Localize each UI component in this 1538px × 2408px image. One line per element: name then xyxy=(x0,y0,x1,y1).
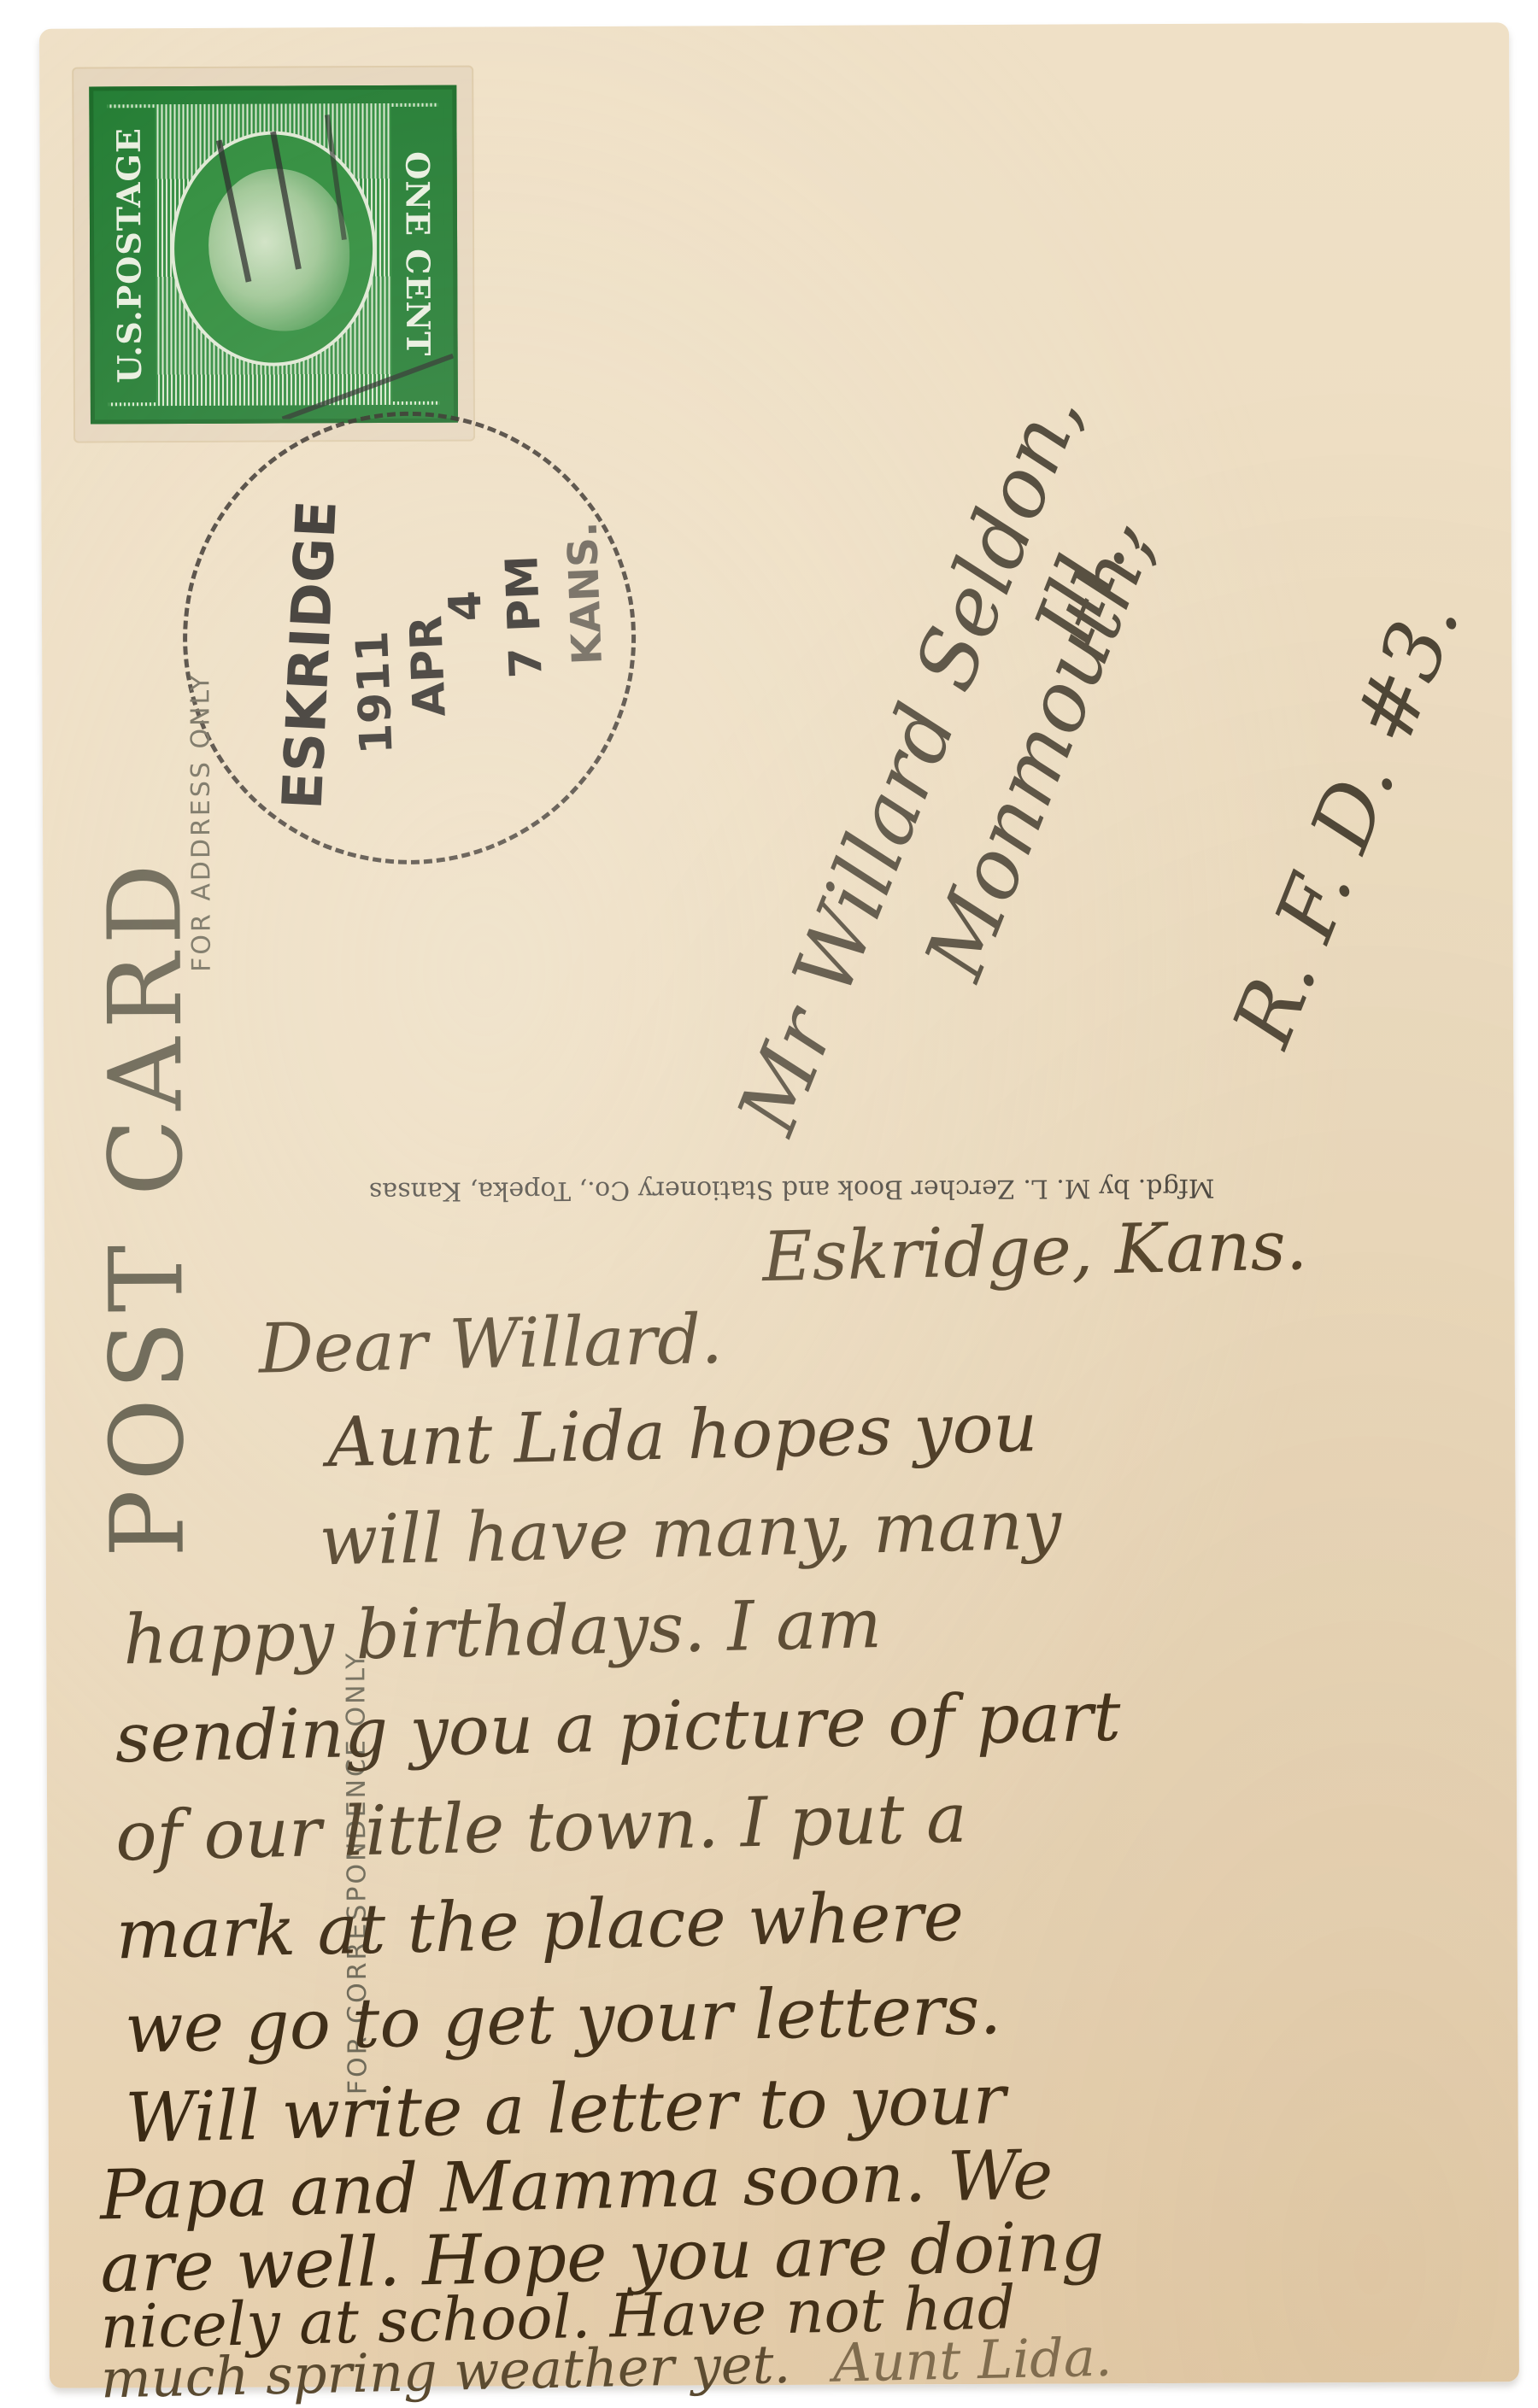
message-line: we go to get your letters. xyxy=(124,1970,1002,2068)
postcard: U.S.POSTAGE ONE CENT ESKRIDGE 1911 APR 4 xyxy=(39,22,1519,2387)
postmark-year: 1911 xyxy=(347,630,403,755)
message-line: Aunt Lida hopes you xyxy=(326,1387,1038,1482)
postmark-circle: ESKRIDGE 1911 APR 4 7 PM KANS. xyxy=(140,369,678,907)
message-line-text: Aunt Lida hopes you xyxy=(326,1387,1038,1482)
message-line-text: sending you a picture of part xyxy=(114,1677,1122,1778)
message-line: happy birthdays. I am xyxy=(122,1584,882,1679)
message-signature: Aunt Lida. xyxy=(832,2326,1112,2394)
message-line-text: of our little town. I put a xyxy=(114,1778,967,1877)
printer-imprint-text: Mfgd. by M. L. Zercher Book and Statione… xyxy=(369,1173,1215,1206)
postmark-month: APR xyxy=(401,614,456,718)
postmark-state: KANS. xyxy=(559,521,613,665)
address-rfd-text: R. F. D. #3. xyxy=(1214,585,1478,1059)
message-line: mark at the place where xyxy=(115,1877,965,1975)
message-salutation: Dear Willard. xyxy=(258,1299,724,1389)
message-line: sending you a picture of part xyxy=(114,1677,1122,1778)
message-line-text: will have many, many xyxy=(319,1485,1062,1580)
for-address-only-text: FOR ADDRESS ONLY xyxy=(185,672,217,972)
message-line: will have many, many xyxy=(319,1485,1062,1580)
message-line: of our little town. I put a xyxy=(114,1778,967,1877)
message-line-text: happy birthdays. I am xyxy=(122,1584,882,1679)
message-place-text: Eskridge, Kans. xyxy=(761,1205,1308,1297)
postmark-town: ESKRIDGE xyxy=(272,499,349,811)
address-line-rfd: R. F. D. #3. xyxy=(1214,585,1478,1059)
for-address-only-label: FOR ADDRESS ONLY xyxy=(185,672,217,972)
postage-stamp: U.S.POSTAGE ONE CENT xyxy=(89,85,458,425)
postmark-time: 7 PM xyxy=(496,554,553,679)
postmark-day: 4 xyxy=(440,589,492,623)
printer-imprint: Mfgd. by M. L. Zercher Book and Statione… xyxy=(369,1173,1215,1206)
cancellation-lines-icon xyxy=(93,90,454,420)
message-salutation-text: Dear Willard. xyxy=(258,1299,724,1389)
message-place: Eskridge, Kans. xyxy=(761,1205,1308,1297)
message-line-text: we go to get your letters. xyxy=(124,1970,1002,2068)
message-line-text: mark at the place where xyxy=(115,1877,965,1975)
